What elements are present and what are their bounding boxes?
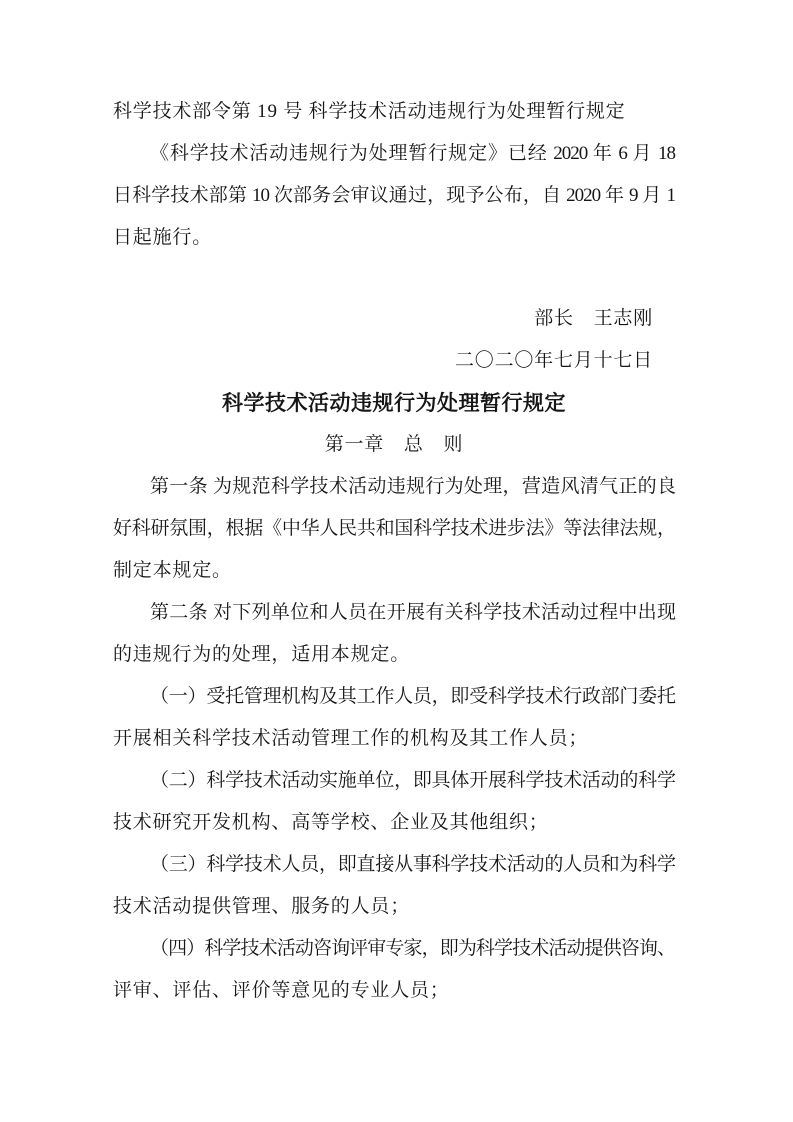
document-page: 科学技术部令第 19 号 科学技术活动违规行为处理暂行规定 《科学技术活动违规行…	[0, 0, 793, 1122]
item-1-line-1: （一）受托管理机构及其工作人员，即受科学技术行政部门委托	[113, 676, 675, 718]
article-1-line-3: 制定本规定。	[113, 550, 675, 592]
item-2-line-1: （二）科学技术活动实施单位，即具体开展科学技术活动的科学	[113, 760, 675, 802]
chapter-heading: 第一章 总 则	[113, 424, 675, 466]
announcement-line-1: 《科学技术活动违规行为处理暂行规定》已经 2020 年 6 月 18	[113, 133, 675, 175]
item-2-line-2: 技术研究开发机构、高等学校、企业及其他组织；	[113, 802, 675, 844]
announcement-line-3: 日起施行。	[113, 217, 675, 259]
item-1-line-2: 开展相关科学技术活动管理工作的机构及其工作人员；	[113, 718, 675, 760]
item-4-line-1: （四）科学技术活动咨询评审专家，即为科学技术活动提供咨询、	[113, 928, 675, 970]
announcement-line-2: 日科学技术部第 10 次部务会审议通过，现予公布，自 2020 年 9 月 1	[113, 175, 675, 217]
regulation-title: 科学技术活动违规行为处理暂行规定	[113, 382, 675, 424]
item-3-line-1: （三）科学技术人员，即直接从事科学技术活动的人员和为科学	[113, 844, 675, 886]
item-3-line-2: 技术活动提供管理、服务的人员；	[113, 886, 675, 928]
article-1-line-1: 第一条 为规范科学技术活动违规行为处理，营造风清气正的良	[113, 466, 675, 508]
article-2-line-2: 的违规行为的处理，适用本规定。	[113, 634, 675, 676]
signature-name: 部长 王志刚	[113, 298, 675, 340]
article-2-line-1: 第二条 对下列单位和人员在开展有关科学技术活动过程中出现	[113, 592, 675, 634]
article-1-line-2: 好科研氛围，根据《中华人民共和国科学技术进步法》等法律法规，	[113, 508, 675, 550]
doc-header-line: 科学技术部令第 19 号 科学技术活动违规行为处理暂行规定	[113, 91, 675, 133]
blank-line	[113, 259, 675, 298]
item-4-line-2: 评审、评估、评价等意见的专业人员；	[113, 970, 675, 1012]
signature-date: 二〇二〇年七月十七日	[113, 340, 675, 382]
